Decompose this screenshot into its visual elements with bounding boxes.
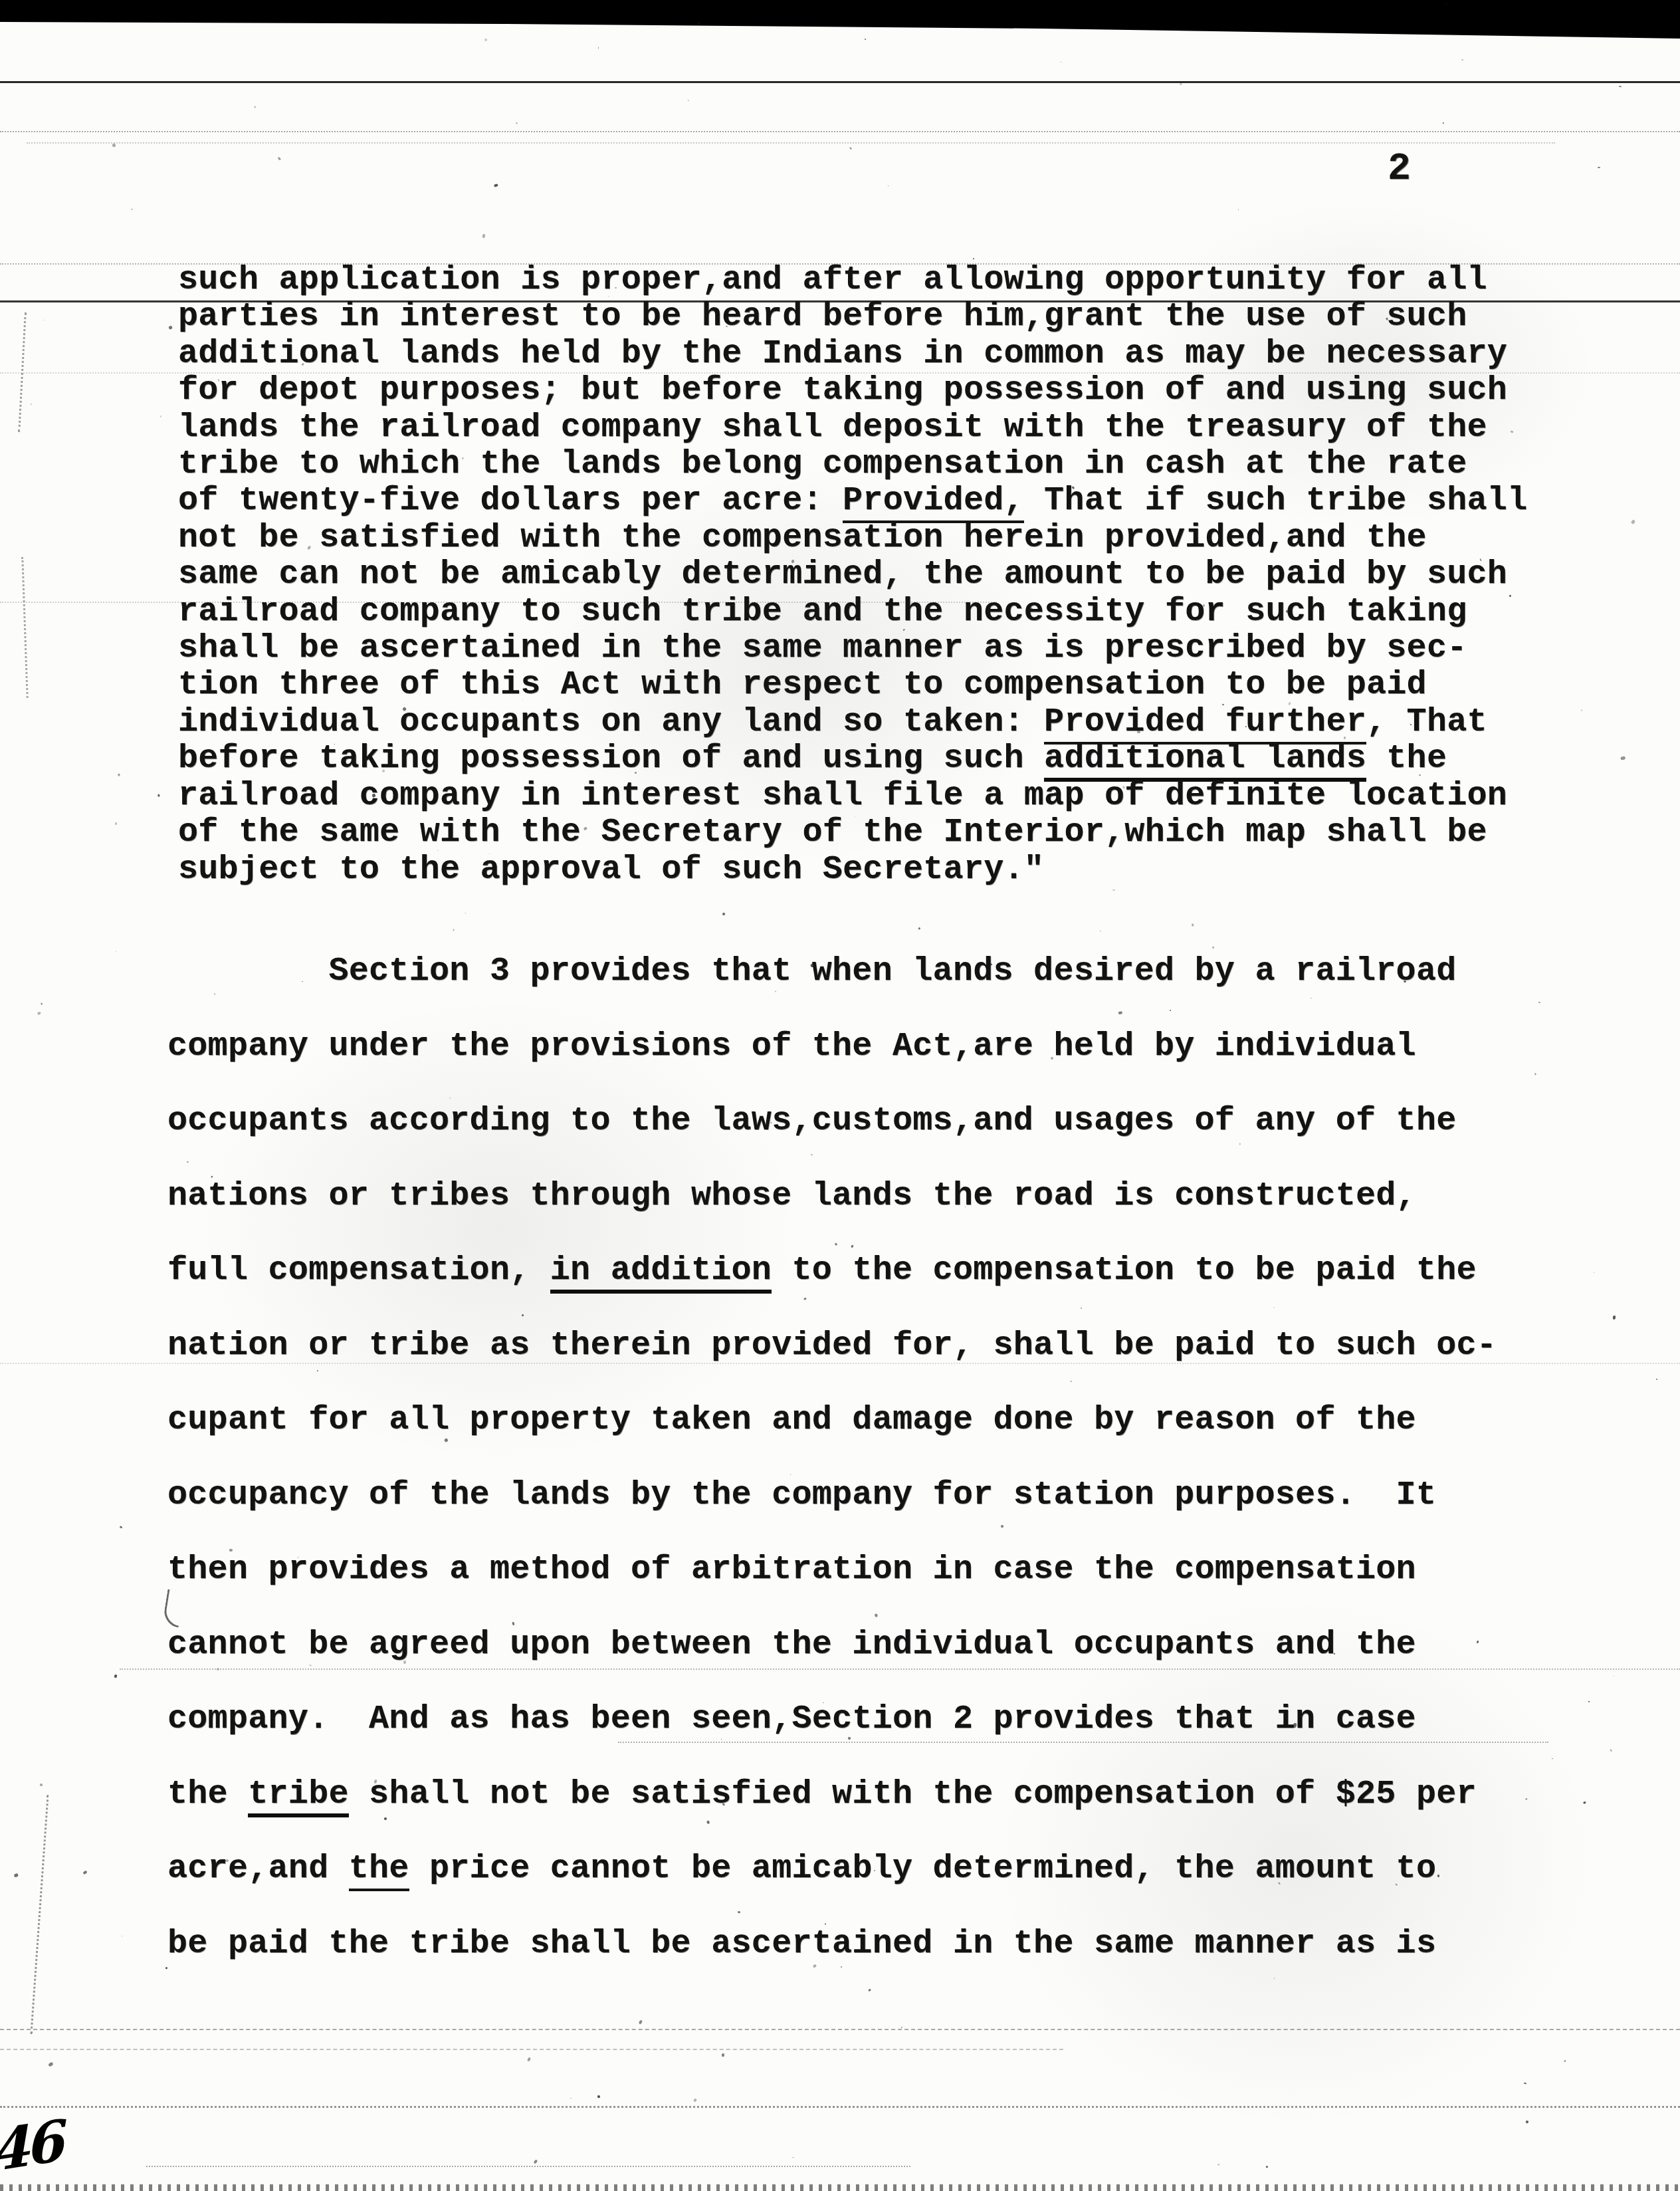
text-segment: acre,and [167, 1850, 349, 1888]
scan-noise-speck [499, 543, 500, 544]
scan-noise-speck [722, 2053, 724, 2056]
scan-noise-speck [1437, 1875, 1439, 1877]
text-segment: of twenty-five dollars per acre: [178, 482, 843, 520]
text-segment: then provides a method of arbitration in… [167, 1551, 1416, 1589]
scan-noise-speck [41, 1002, 43, 1005]
scan-noise-speck [114, 822, 117, 825]
text-segment: individual occupants on any land so take… [178, 703, 1044, 741]
text-line: full compensation, in addition to the co… [167, 1234, 1576, 1309]
text-line: the tribe shall not be satisfied with th… [167, 1758, 1576, 1833]
text-segment: full compensation, [167, 1252, 550, 1290]
scan-noise-speck [1564, 2059, 1566, 2061]
scan-noise-speck [1619, 86, 1622, 88]
underlined-text: additional lands [1044, 740, 1366, 782]
scan-noise-speck [1630, 519, 1635, 524]
text-segment: be paid the tribe shall be ascertained i… [167, 1925, 1436, 1963]
scan-noise-speck [738, 1910, 741, 1912]
text-line: occupants according to the laws,customs,… [167, 1084, 1576, 1159]
scan-noise-speck [1581, 709, 1583, 711]
scan-noise-speck [1192, 924, 1194, 927]
scan-noise-speck [598, 47, 599, 49]
handwritten-page-mark: 46 [0, 2107, 64, 2184]
page-number: 2 [1388, 148, 1411, 191]
text-segment: to the compensation to be paid the [772, 1252, 1477, 1290]
scan-line-artifact [0, 81, 1680, 83]
text-segment: nation or tribe as therein provided for,… [167, 1327, 1497, 1365]
margin-scribble-artifact [21, 557, 28, 698]
scan-noise-speck [692, 2098, 697, 2103]
scan-noise-speck [40, 1783, 43, 1786]
scan-line-artifact [0, 2049, 1063, 2050]
scan-noise-speck [1180, 82, 1182, 85]
text-line: tribe to which the lands belong compensa… [178, 446, 1567, 483]
underlined-text: Provided further [1044, 703, 1366, 745]
statute-quote-block: such application is proper,and after all… [178, 262, 1567, 888]
scan-noise-speck [888, 185, 889, 186]
scan-noise-speck [229, 1549, 233, 1552]
text-segment: such application is proper,and after all… [178, 261, 1487, 299]
scan-noise-speck [527, 2057, 531, 2061]
scan-noise-speck [254, 106, 255, 108]
text-segment: subject to the approval of such Secretar… [178, 851, 1044, 889]
text-segment: railroad company to such tribe and the n… [178, 593, 1467, 631]
scan-noise-speck [157, 794, 159, 796]
underlined-text: the [349, 1850, 409, 1891]
scan-noise-speck [31, 404, 32, 405]
scan-noise-speck [973, 258, 975, 260]
scan-noise-speck [118, 773, 120, 776]
scan-noise-speck [453, 929, 455, 931]
scan-noise-speck [1170, 1009, 1171, 1010]
scan-noise-speck [1443, 122, 1444, 124]
scan-noise-speck [534, 2160, 538, 2164]
scan-line-artifact [0, 2106, 1680, 2108]
scan-noise-speck [864, 39, 866, 41]
text-line: shall be ascertained in the same manner … [178, 630, 1567, 667]
scan-noise-speck [120, 1526, 123, 1529]
scan-edge-artifact [0, 2184, 1680, 2191]
scan-noise-speck [168, 326, 173, 330]
text-segment: before taking possession of and using su… [178, 740, 1044, 778]
text-segment: Section 3 provides that when lands desir… [167, 953, 1457, 990]
text-segment: nations or tribes through whose lands th… [167, 1177, 1416, 1215]
scan-noise-speck [570, 2098, 572, 2099]
scan-noise-speck [1552, 1758, 1553, 1758]
scan-noise-speck [635, 772, 637, 774]
text-segment: parties in interest to be heard before h… [178, 298, 1467, 336]
scan-noise-speck [465, 913, 467, 914]
scan-noise-speck [874, 1870, 876, 1872]
text-segment: for depot purposes; but before taking po… [178, 372, 1507, 409]
scan-noise-speck [597, 2095, 600, 2098]
text-segment: price cannot be amicably determined, the… [409, 1850, 1437, 1888]
text-segment: tribe to which the lands belong compensa… [178, 445, 1467, 483]
scan-noise-speck [43, 319, 44, 320]
text-segment: company under the provisions of the Act,… [167, 1028, 1416, 1066]
text-segment: occupants according to the laws,customs,… [167, 1102, 1457, 1140]
scan-noise-speck [1588, 1700, 1590, 1702]
scan-noise-speck [868, 1988, 871, 1992]
scan-noise-speck [1621, 756, 1626, 760]
text-line: of twenty-five dollars per acre: Provide… [178, 483, 1567, 519]
underlined-text: Provided, [843, 482, 1024, 523]
text-line: occupancy of the lands by the company fo… [167, 1458, 1576, 1534]
text-line: railroad company to such tribe and the n… [178, 594, 1567, 630]
scan-noise-speck [1137, 731, 1140, 733]
text-line: parties in interest to be heard before h… [178, 298, 1567, 335]
scan-noise-speck [1594, 1272, 1595, 1273]
scan-noise-speck [639, 2019, 643, 2024]
text-line: lands the railroad company shall deposit… [178, 409, 1567, 446]
scan-noise-speck [1655, 1379, 1657, 1381]
text-segment: cannot be agreed upon between the indivi… [167, 1626, 1416, 1664]
text-segment: That if such tribe shall [1024, 482, 1528, 520]
scan-noise-speck [1376, 1352, 1378, 1353]
text-line: cannot be agreed upon between the indivi… [167, 1608, 1576, 1683]
scan-noise-speck [1112, 889, 1115, 891]
text-segment: company. And as has been seen,Section 2 … [167, 1700, 1416, 1738]
scan-noise-speck [1613, 1316, 1616, 1320]
underlined-text: tribe [248, 1776, 349, 1817]
text-line: such application is proper,and after all… [178, 262, 1567, 298]
scan-noise-speck [83, 1871, 88, 1875]
text-segment: lands the railroad company shall deposit… [178, 409, 1487, 447]
scan-noise-speck [1217, 2164, 1220, 2166]
text-line: cupant for all property taken and damage… [167, 1383, 1576, 1458]
scan-noise-speck [482, 233, 486, 238]
text-line: before taking possession of and using su… [178, 741, 1567, 777]
text-line: of the same with the Secretary of the In… [178, 814, 1567, 851]
scan-noise-speck [1614, 1675, 1614, 1676]
text-line: nation or tribe as therein provided for,… [167, 1309, 1576, 1384]
scan-noise-speck [116, 951, 116, 952]
text-segment: tion three of this Act with respect to c… [178, 666, 1427, 704]
scan-noise-speck [484, 38, 488, 41]
scan-noise-speck [37, 1012, 41, 1016]
text-segment: additional lands held by the Indians in … [178, 335, 1507, 373]
underlined-text: in addition [550, 1252, 772, 1294]
text-line: acre,and the price cannot be amicably de… [167, 1832, 1576, 1907]
scan-noise-speck [403, 1661, 406, 1664]
scan-noise-speck [122, 1936, 122, 1936]
text-segment: shall be ascertained in the same manner … [178, 630, 1467, 667]
text-line: subject to the approval of such Secretar… [178, 852, 1567, 888]
text-line: company under the provisions of the Act,… [167, 1010, 1576, 1085]
text-line: railroad company in interest shall file … [178, 778, 1567, 814]
scan-noise-speck [1051, 1057, 1053, 1060]
text-segment: cupant for all property taken and damage… [167, 1401, 1416, 1439]
scan-noise-speck [918, 927, 921, 930]
scan-line-artifact [27, 142, 1555, 144]
text-segment: not be satisfied with the compensation h… [178, 519, 1427, 557]
scan-noise-speck [688, 100, 689, 101]
scan-noise-speck [1524, 2083, 1526, 2085]
scan-line-artifact [0, 131, 1680, 132]
text-line: nations or tribes through whose lands th… [167, 1159, 1576, 1234]
text-line: same can not be amicably determined, the… [178, 556, 1567, 593]
scanned-document-page: 2 such application is proper,and after a… [0, 0, 1680, 2191]
scan-noise-speck [1598, 167, 1600, 168]
scan-noise-speck [1061, 61, 1061, 62]
scan-noise-speck [1610, 1749, 1612, 1752]
scan-noise-speck [793, 2157, 794, 2158]
text-segment: railroad company in interest shall file … [178, 777, 1507, 815]
scan-noise-speck [1245, 726, 1247, 727]
scan-noise-speck [114, 1674, 117, 1678]
scan-noise-speck [1265, 2166, 1268, 2168]
text-line: not be satisfied with the compensation h… [178, 520, 1567, 556]
text-segment: the [1366, 740, 1447, 778]
scan-noise-speck [512, 1621, 514, 1625]
margin-scribble-artifact [30, 1795, 49, 2033]
scan-line-artifact [146, 2166, 910, 2167]
scan-noise-speck [516, 122, 518, 124]
scan-noise-speck [493, 184, 498, 188]
scan-noise-speck [849, 147, 851, 150]
scan-noise-speck [1310, 997, 1311, 998]
text-segment: the [167, 1776, 248, 1813]
scan-noise-speck [159, 415, 161, 417]
scan-noise-speck [1461, 59, 1464, 61]
scan-noise-speck [225, 1859, 229, 1863]
text-line: be paid the tribe shall be ascertained i… [167, 1907, 1576, 1982]
body-paragraph: Section 3 provides that when lands desir… [167, 935, 1576, 1982]
text-line: tion three of this Act with respect to c… [178, 667, 1567, 703]
scan-noise-speck [49, 2062, 54, 2067]
text-segment: same can not be amicably determined, the… [178, 556, 1507, 594]
text-segment: , That [1366, 703, 1487, 741]
scan-noise-speck [132, 209, 133, 210]
text-line: individual occupants on any land so take… [178, 704, 1567, 741]
scan-noise-speck [1238, 209, 1239, 210]
text-segment: occupancy of the lands by the company fo… [167, 1476, 1436, 1514]
scan-noise-speck [1101, 930, 1101, 931]
scan-noise-speck [112, 143, 116, 148]
text-line: for depot purposes; but before taking po… [178, 372, 1567, 409]
text-segment: of the same with the Secretary of the In… [178, 814, 1487, 852]
text-segment: shall not be satisfied with the compensa… [349, 1776, 1477, 1813]
scan-noise-speck [1334, 1653, 1335, 1655]
scan-noise-speck [722, 913, 725, 916]
scan-noise-speck [823, 1702, 824, 1703]
text-line: additional lands held by the Indians in … [178, 336, 1567, 372]
scan-edge-artifact [0, 0, 1680, 40]
scan-noise-speck [1526, 2121, 1528, 2123]
text-line: then provides a method of arbitration in… [167, 1533, 1576, 1608]
scan-noise-speck [14, 1873, 19, 1877]
text-line: company. And as has been seen,Section 2 … [167, 1682, 1576, 1758]
text-line: Section 3 provides that when lands desir… [167, 935, 1576, 1010]
scan-noise-speck [278, 157, 281, 160]
scan-noise-speck [1194, 787, 1196, 788]
